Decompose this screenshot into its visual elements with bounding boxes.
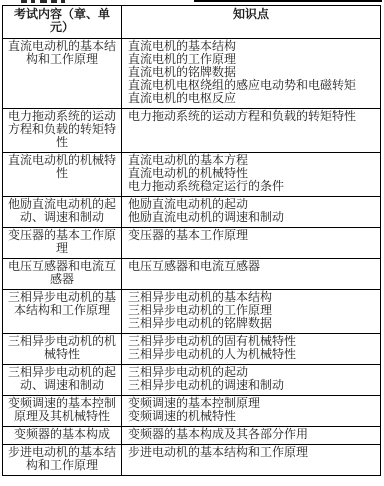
knowledge-point: 三相异步电动机的铭牌数据 (128, 317, 378, 330)
clipped-text-fragment (21, 0, 65, 3)
knowledge-point: 电力拖动系统的运动方程和负载的转矩特性 (128, 110, 378, 123)
knowledge-points-cell: 变频器的基本构成及其各部分作用 (122, 427, 381, 445)
knowledge-point: 电力拖动系统稳定运行的条件 (128, 180, 378, 193)
knowledge-points-cell: 三相异步电动机的起动三相异步电动机的调速和制动 (122, 365, 381, 396)
table-row: 变频器的基本构成变频器的基本构成及其各部分作用 (3, 427, 381, 445)
knowledge-point: 他励直流电动机的调速和制动 (128, 211, 378, 224)
knowledge-point: 变压器的基本工作原理 (128, 229, 378, 242)
table-row: 三相异步电动机的起动、调速和制动三相异步电动机的起动三相异步电动机的调速和制动 (3, 365, 381, 396)
table-row: 直流电动机的基本结构和工作原理直流电机的基本结构直流电机的工作原理直流电机的铭牌… (3, 39, 381, 109)
knowledge-points-cell: 直流电动机的基本方程直流电动机的机械特性电力拖动系统稳定运行的条件 (122, 153, 381, 197)
knowledge-point: 三相异步电动机的调速和制动 (128, 379, 378, 392)
table-row: 步进电动机的基本结构和工作原理步进电动机的基本结构和工作原理 (3, 445, 381, 476)
table-row: 变频调速的基本控制原理及其机械特性变频调速的基本控制原理变频调速的机械特性 (3, 396, 381, 427)
column-header-knowledge-points: 知识点 (122, 6, 381, 39)
knowledge-point: 三相异步电动机的人为机械特性 (128, 348, 378, 361)
table-row: 直流电动机的机械特性直流电动机的基本方程直流电动机的机械特性电力拖动系统稳定运行… (3, 153, 381, 197)
knowledge-points-cell: 电压互感器和电流互感器 (122, 259, 381, 290)
exam-content-cell: 变频器的基本构成 (3, 427, 122, 445)
column-header-exam-content: 考试内容（章、单元） (3, 6, 122, 39)
knowledge-points-cell: 变压器的基本工作原理 (122, 228, 381, 259)
exam-content-cell: 直流电动机的基本结构和工作原理 (3, 39, 122, 109)
horizontal-rule-fragment (194, 0, 382, 2)
exam-content-table: 考试内容（章、单元） 知识点 直流电动机的基本结构和工作原理直流电机的基本结构直… (2, 5, 381, 476)
knowledge-points-cell: 三相异步电动机的基本结构三相异步电动机的工作原理三相异步电动机的铭牌数据 (122, 290, 381, 334)
knowledge-points-cell: 步进电动机的基本结构和工作原理 (122, 445, 381, 476)
exam-content-cell: 三相异步电动机的机械特性 (3, 334, 122, 365)
knowledge-point: 电压互感器和电流互感器 (128, 260, 378, 273)
exam-content-cell: 他励直流电动机的起动、调速和制动 (3, 197, 122, 228)
exam-content-cell: 直流电动机的机械特性 (3, 153, 122, 197)
header-row: 考试内容（章、单元） 知识点 (3, 6, 381, 39)
knowledge-point: 步进电动机的基本结构和工作原理 (128, 446, 378, 459)
knowledge-point: 直流电机的电枢反应 (128, 92, 378, 105)
table-row: 他励直流电动机的起动、调速和制动他励直流电动机的起动他励直流电动机的调速和制动 (3, 197, 381, 228)
exam-content-cell: 三相异步电动机的起动、调速和制动 (3, 365, 122, 396)
exam-content-cell: 电力拖动系统的运动方程和负载的转矩特性 (3, 109, 122, 153)
knowledge-points-cell: 电力拖动系统的运动方程和负载的转矩特性 (122, 109, 381, 153)
exam-content-cell: 三相异步电动机的基本结构和工作原理 (3, 290, 122, 334)
table-row: 变压器的基本工作原理变压器的基本工作原理 (3, 228, 381, 259)
exam-content-cell: 步进电动机的基本结构和工作原理 (3, 445, 122, 476)
document-page: 考试内容（章、单元） 知识点 直流电动机的基本结构和工作原理直流电机的基本结构直… (0, 0, 384, 486)
exam-content-cell: 电压互感器和电流互感器 (3, 259, 122, 290)
knowledge-point: 变频调速的机械特性 (128, 410, 378, 423)
exam-content-cell: 变压器的基本工作原理 (3, 228, 122, 259)
table-row: 三相异步电动机的基本结构和工作原理三相异步电动机的基本结构三相异步电动机的工作原… (3, 290, 381, 334)
table-row: 电力拖动系统的运动方程和负载的转矩特性电力拖动系统的运动方程和负载的转矩特性 (3, 109, 381, 153)
knowledge-points-cell: 变频调速的基本控制原理变频调速的机械特性 (122, 396, 381, 427)
knowledge-points-cell: 三相异步电动机的固有机械特性三相异步电动机的人为机械特性 (122, 334, 381, 365)
exam-content-cell: 变频调速的基本控制原理及其机械特性 (3, 396, 122, 427)
knowledge-points-cell: 直流电机的基本结构直流电机的工作原理直流电机的铭牌数据直流电机电枢绕组的感应电动… (122, 39, 381, 109)
table-row: 电压互感器和电流互感器电压互感器和电流互感器 (3, 259, 381, 290)
knowledge-points-cell: 他励直流电动机的起动他励直流电动机的调速和制动 (122, 197, 381, 228)
knowledge-point: 变频器的基本构成及其各部分作用 (128, 428, 378, 441)
table-row: 三相异步电动机的机械特性三相异步电动机的固有机械特性三相异步电动机的人为机械特性 (3, 334, 381, 365)
